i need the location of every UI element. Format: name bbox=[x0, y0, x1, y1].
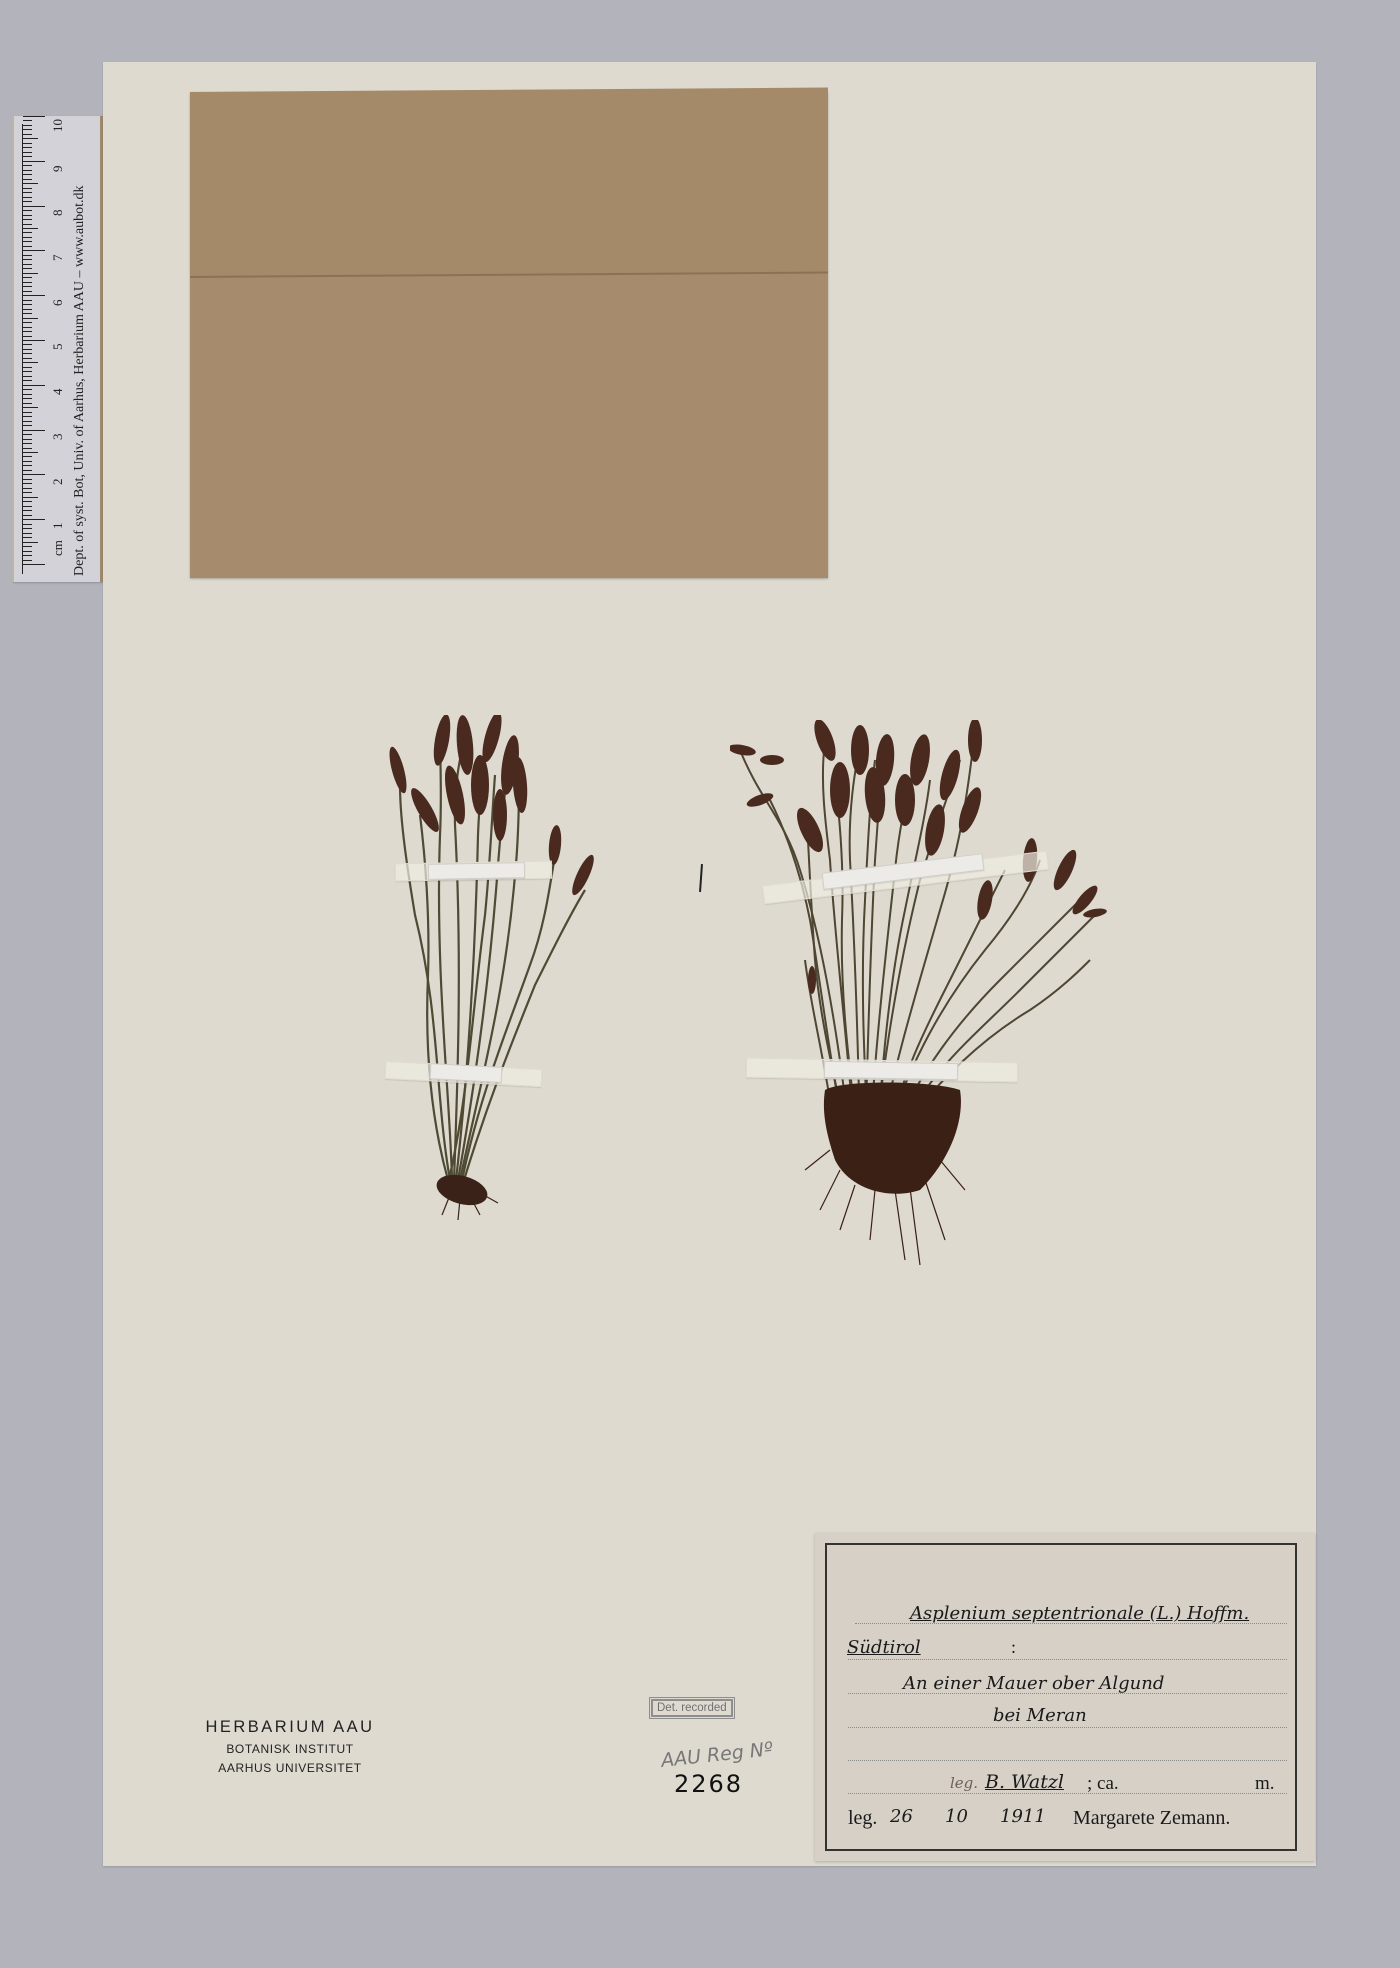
ruler-tick bbox=[23, 551, 32, 552]
registration-number: 2268 bbox=[674, 1770, 743, 1798]
ruler-tick-label: 1 bbox=[50, 523, 66, 530]
ruler-tick bbox=[23, 470, 32, 471]
ruler-tick bbox=[23, 492, 32, 493]
ruler-tick bbox=[23, 537, 32, 538]
ruler-tick bbox=[23, 560, 32, 561]
ruler-tick bbox=[23, 349, 32, 350]
ruler-tick bbox=[23, 506, 32, 507]
ruler-tick bbox=[23, 376, 32, 377]
ruler-tick bbox=[23, 143, 32, 144]
ruler-tick bbox=[23, 165, 32, 166]
det-prefix: leg. bbox=[950, 1774, 978, 1792]
ruler-tick bbox=[23, 336, 32, 337]
ruler-tick bbox=[23, 524, 32, 525]
ruler-tick bbox=[23, 479, 32, 480]
region-colon: : bbox=[1011, 1637, 1016, 1658]
ruler-tick bbox=[23, 358, 32, 359]
ruler-tick bbox=[23, 510, 32, 511]
label-rule bbox=[848, 1793, 1287, 1794]
ruler-tick bbox=[23, 206, 45, 207]
ruler-tick bbox=[23, 183, 38, 184]
ruler-tick bbox=[23, 501, 32, 502]
ruler-tick bbox=[23, 228, 38, 229]
printed-collector: Margarete Zemann. bbox=[1073, 1807, 1230, 1830]
department-name: BOTANISK INSTITUT bbox=[180, 1742, 400, 1756]
ruler-tick bbox=[23, 434, 32, 435]
ruler-tick bbox=[23, 156, 32, 157]
ruler-tick-label: 9 bbox=[50, 166, 66, 173]
ruler-tick bbox=[23, 497, 38, 498]
mounting-strap bbox=[428, 862, 525, 880]
ruler-tick bbox=[23, 161, 45, 162]
ruler-tick bbox=[23, 318, 38, 319]
ruler-tick bbox=[23, 546, 32, 547]
ruler-tick bbox=[23, 407, 38, 408]
ruler-tick bbox=[23, 474, 45, 475]
ruler-tick bbox=[23, 385, 45, 386]
ruler-tick bbox=[23, 174, 32, 175]
ruler-tick bbox=[23, 282, 32, 283]
ruler-tick-label: 10 bbox=[50, 119, 66, 132]
ruler-tick bbox=[23, 264, 32, 265]
ruler-tick bbox=[23, 273, 38, 274]
ruler-tick bbox=[23, 389, 32, 390]
ruler-tick bbox=[23, 340, 45, 341]
ruler-tick bbox=[23, 412, 32, 413]
ruler-tick bbox=[23, 483, 32, 484]
ruler-tick bbox=[23, 277, 32, 278]
ruler-tick-label: 7 bbox=[50, 255, 66, 262]
ruler-tick bbox=[23, 443, 32, 444]
ruler-tick bbox=[23, 331, 32, 332]
ruler-tick bbox=[23, 304, 32, 305]
ruler-tick-label: 8 bbox=[50, 210, 66, 217]
ruler-tick bbox=[23, 488, 32, 489]
ruler-tick bbox=[23, 430, 45, 431]
fern-tuft-icon bbox=[730, 720, 1120, 1280]
ruler-tick bbox=[23, 201, 32, 202]
ruler-tick bbox=[23, 394, 32, 395]
altitude-prefix: ; ca. bbox=[1087, 1773, 1119, 1795]
ruler-tick bbox=[23, 250, 45, 251]
ruler-tick bbox=[23, 322, 32, 323]
ruler-tick bbox=[23, 179, 32, 180]
taxon-name: Asplenium septentrionale (L.) Hoffm. bbox=[910, 1603, 1249, 1624]
ruler-tick bbox=[23, 286, 32, 287]
ruler-tick bbox=[23, 309, 32, 310]
ruler-tick bbox=[23, 232, 32, 233]
ruler-tick bbox=[23, 192, 32, 193]
ruler-tick bbox=[23, 300, 32, 301]
envelope-flap[interactable] bbox=[190, 88, 828, 278]
specimen-left bbox=[380, 715, 600, 1225]
ruler-tick bbox=[23, 125, 32, 126]
herbarium-name: HERBARIUM AAU bbox=[180, 1718, 400, 1737]
ruler-tick bbox=[23, 416, 32, 417]
ruler-tick-label: 3 bbox=[50, 434, 66, 441]
date-month: 10 bbox=[945, 1806, 968, 1827]
ruler-tick bbox=[23, 134, 32, 135]
ruler-tick bbox=[23, 461, 32, 462]
ruler-tick bbox=[23, 367, 32, 368]
ruler-tick bbox=[23, 210, 32, 211]
ruler-tick bbox=[23, 421, 32, 422]
ruler-tick bbox=[23, 295, 45, 296]
ruler-tick bbox=[23, 215, 32, 216]
scale-ruler: cm 1 2 3 4 5 6 7 8 9 10 Dept. of syst. B… bbox=[12, 116, 105, 582]
specimen-right bbox=[730, 720, 1120, 1280]
ruler-tick bbox=[23, 259, 32, 260]
label-rule bbox=[848, 1659, 1287, 1660]
ruler-tick-label: 2 bbox=[50, 479, 66, 486]
collector-handwritten: B. Watzl bbox=[985, 1771, 1064, 1793]
ruler-tick bbox=[23, 456, 32, 457]
ruler-tick bbox=[23, 465, 32, 466]
ruler-tick bbox=[23, 170, 32, 171]
ruler-tick bbox=[23, 362, 38, 363]
ruler-tick bbox=[23, 425, 32, 426]
ruler-tick bbox=[23, 120, 32, 121]
ruler-tick bbox=[23, 327, 32, 328]
altitude-unit: m. bbox=[1255, 1773, 1275, 1795]
ruler-tick bbox=[23, 197, 32, 198]
ruler-tick bbox=[23, 237, 32, 238]
ruler-tick bbox=[23, 555, 32, 556]
fragment-envelope[interactable] bbox=[190, 92, 828, 578]
ruler-tick bbox=[23, 147, 32, 148]
ruler-tick bbox=[23, 528, 32, 529]
ruler-tick bbox=[23, 542, 38, 543]
ruler-scale bbox=[22, 124, 47, 574]
ruler-tick bbox=[23, 116, 45, 117]
ruler-tick-label: 5 bbox=[50, 344, 66, 351]
label-rule bbox=[848, 1727, 1287, 1728]
ruler-tick bbox=[23, 452, 38, 453]
ruler-unit-label: cm bbox=[50, 540, 66, 556]
ruler-tick bbox=[23, 188, 32, 189]
leg-prefix: leg. bbox=[848, 1807, 877, 1830]
ruler-tick bbox=[23, 398, 32, 399]
ruler-tick-label: 4 bbox=[50, 389, 66, 396]
ruler-caption: Dept. of syst. Bot, Univ. of Aarhus, Her… bbox=[72, 126, 88, 576]
specimen-label: Asplenium septentrionale (L.) Hoffm. Süd… bbox=[815, 1533, 1315, 1861]
ruler-tick bbox=[23, 291, 32, 292]
ruler-tick bbox=[23, 255, 32, 256]
det-recorded-stamp: Det. recorded bbox=[651, 1699, 733, 1717]
locality-line-2: bei Meran bbox=[993, 1705, 1087, 1726]
ruler-tick bbox=[23, 344, 32, 345]
ruler-tick bbox=[23, 241, 32, 242]
ruler-tick-label: 6 bbox=[50, 300, 66, 307]
mounting-strap bbox=[824, 1061, 958, 1080]
ruler-tick bbox=[23, 129, 32, 130]
ruler-tick bbox=[23, 268, 32, 269]
date-day: 26 bbox=[890, 1806, 913, 1827]
ruler-tick bbox=[23, 224, 32, 225]
ruler-tick bbox=[23, 533, 32, 534]
fern-tuft-icon bbox=[380, 715, 600, 1225]
date-year: 1911 bbox=[1000, 1806, 1046, 1827]
ruler-tick bbox=[23, 403, 32, 404]
label-frame bbox=[825, 1543, 1297, 1851]
ruler-tick bbox=[23, 371, 32, 372]
ruler-tick bbox=[23, 519, 45, 520]
ruler-tick bbox=[23, 152, 32, 153]
institution-stamp: HERBARIUM AAU BOTANISK INSTITUT AARHUS U… bbox=[180, 1718, 400, 1775]
ruler-tick bbox=[23, 515, 32, 516]
locality-line-1: An einer Mauer ober Algund bbox=[903, 1673, 1164, 1694]
label-rule bbox=[848, 1760, 1287, 1761]
ruler-tick bbox=[23, 448, 32, 449]
ruler-tick bbox=[23, 313, 32, 314]
ruler-tick bbox=[23, 564, 45, 565]
ruler-tick bbox=[23, 246, 32, 247]
ruler-tick bbox=[23, 439, 32, 440]
ruler-tick bbox=[23, 380, 32, 381]
university-name: AARHUS UNIVERSITET bbox=[180, 1761, 400, 1775]
region-name: Südtirol bbox=[847, 1637, 921, 1658]
ruler-tick bbox=[23, 219, 32, 220]
ruler-tick bbox=[23, 138, 38, 139]
ruler-tick bbox=[23, 353, 32, 354]
